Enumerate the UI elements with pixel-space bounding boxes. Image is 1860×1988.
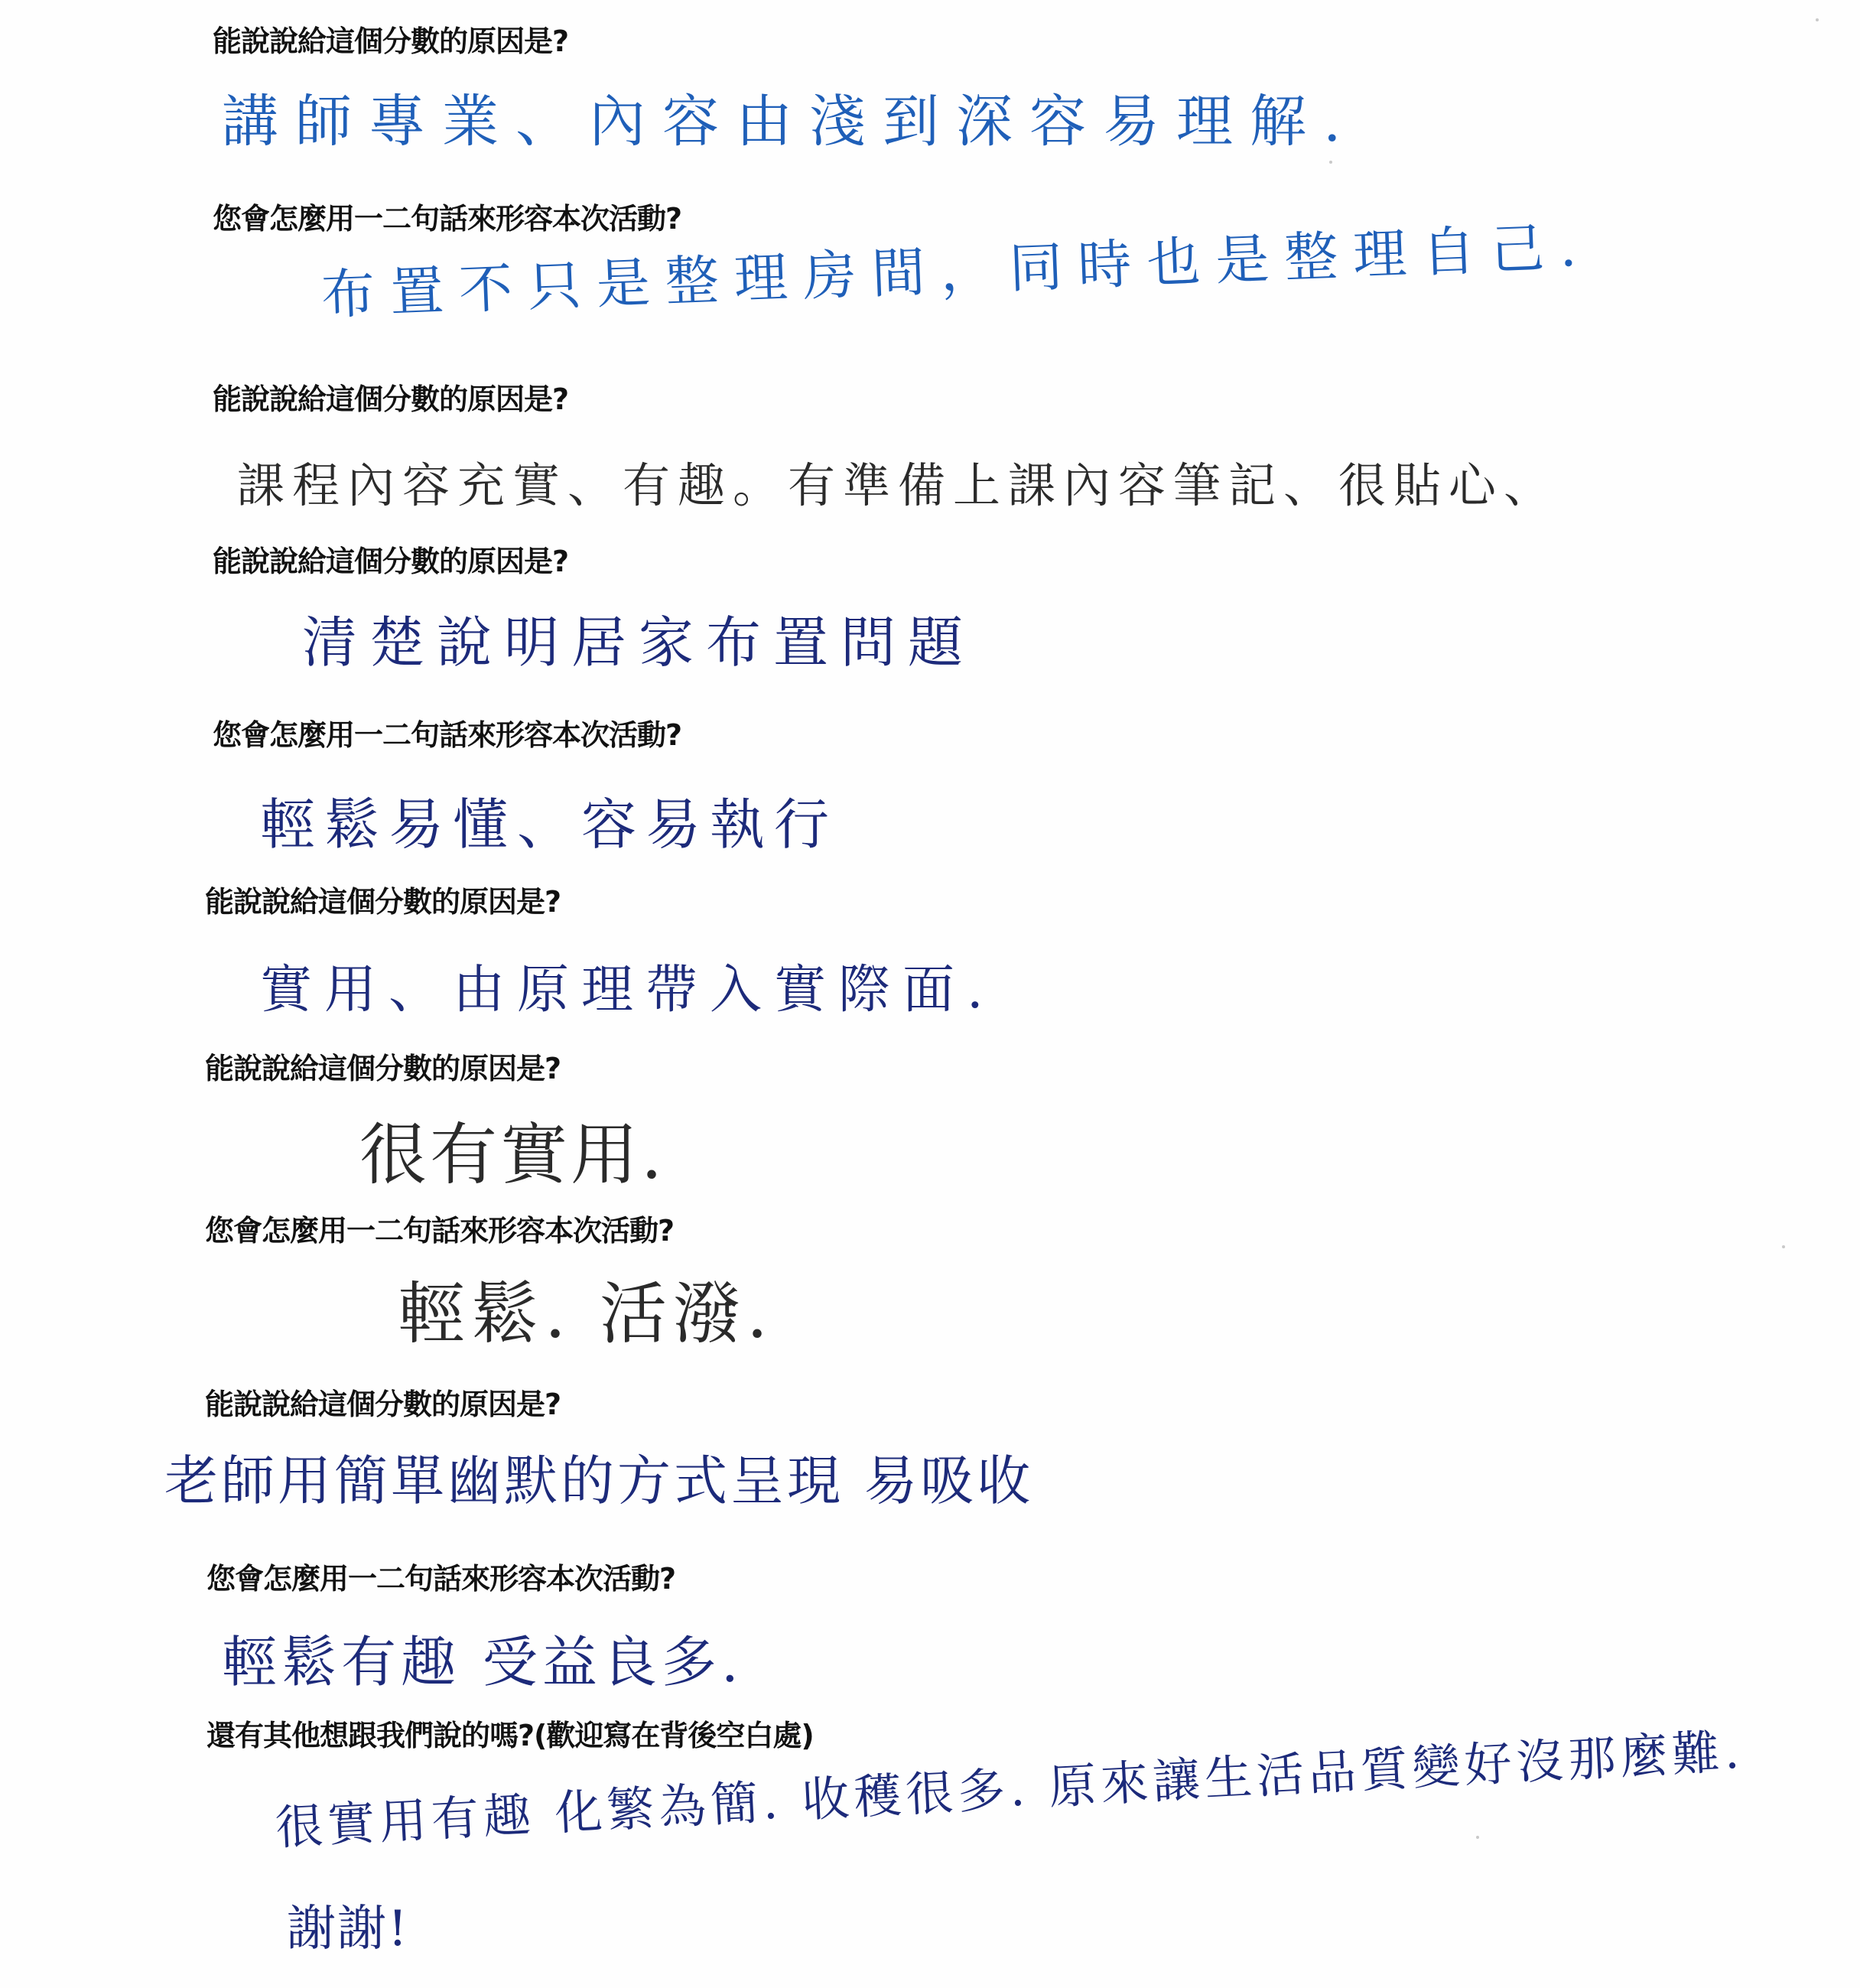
- question-describe-4: 您會怎麼用一二句話來形容本次活動?: [206, 1560, 675, 1597]
- answer-reason-5: 很有實用.: [359, 1101, 665, 1198]
- survey-sheet: 能說說給這個分數的原因是? 講師專業、內容由淺到深容易理解. 您會怎麼用一二句話…: [0, 0, 1860, 1988]
- scan-speck: [1816, 18, 1819, 21]
- scan-speck: [1782, 1245, 1785, 1248]
- question-describe-2: 您會怎麼用一二句話來形容本次活動?: [213, 717, 681, 753]
- answer-anything-else-line2: 謝謝!: [287, 1889, 409, 1960]
- answer-reason-4: 實用、由原理帶入實際面.: [260, 948, 996, 1023]
- question-describe-1: 您會怎麼用一二句話來形容本次活動?: [213, 200, 681, 237]
- question-reason-2: 能說說給這個分數的原因是?: [213, 381, 568, 418]
- question-describe-3: 您會怎麼用一二句話來形容本次活動?: [205, 1212, 674, 1249]
- answer-reason-2: 課程內容充實、有趣。有準備上課內容筆記、很貼心、: [237, 447, 1559, 516]
- answer-describe-3: 輕鬆. 活潑.: [398, 1261, 774, 1357]
- question-reason-1: 能說說給這個分數的原因是?: [213, 23, 568, 60]
- question-reason-3: 能說說給這個分數的原因是?: [213, 543, 568, 580]
- scan-speck: [1476, 1836, 1479, 1839]
- answer-reason-3: 清楚說明居家布置問題: [302, 598, 975, 678]
- answer-describe-2: 輕鬆易懂、容易執行: [260, 780, 838, 860]
- question-reason-6: 能說說給這個分數的原因是?: [205, 1386, 561, 1423]
- question-reason-5: 能說說給這個分數的原因是?: [205, 1050, 561, 1087]
- answer-reason-1: 講師專業、內容由淺到深容易理解.: [222, 76, 1358, 158]
- question-reason-4: 能說說給這個分數的原因是?: [205, 883, 561, 920]
- scan-speck: [1329, 161, 1332, 164]
- answer-reason-6: 老師用簡單幽默的方式呈現 易吸收: [164, 1438, 1033, 1515]
- answer-describe-4: 輕鬆有趣 受益良多.: [222, 1618, 743, 1697]
- question-anything-else: 還有其他想跟我們說的嗎?(歡迎寫在背後空白處): [206, 1717, 814, 1754]
